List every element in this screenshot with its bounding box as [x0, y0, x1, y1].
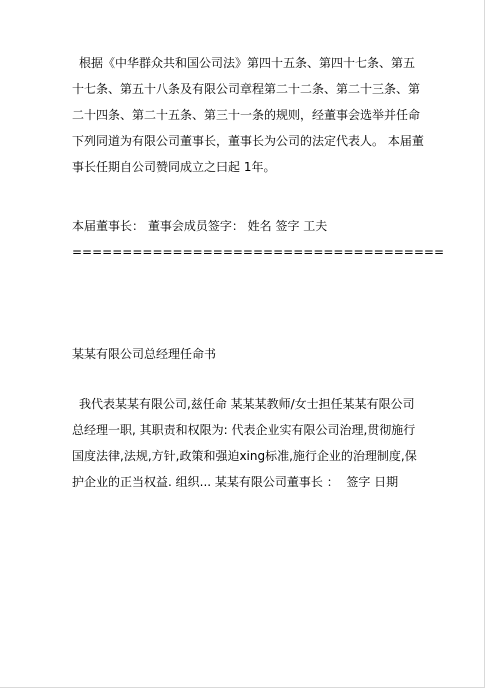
chairman-signature-line: 本届董事长： 董事会成员签字： 姓名 签字 工夫	[72, 213, 424, 239]
general-manager-appointment-paragraph: 我代表某某有限公司,兹任命 某某某教师/女士担任某某有限公司总经理一职, 其职责…	[72, 391, 424, 495]
document-page: 根据《中华群众共和国公司法》第四十五条、第四十七条、第五十七条、第五十八条及有限…	[0, 0, 485, 688]
general-manager-section-title: 某某有限公司总经理任命书	[72, 341, 424, 367]
equals-divider: =====================================	[72, 239, 424, 265]
chairman-appointment-paragraph: 根据《中华群众共和国公司法》第四十五条、第四十七条、第五十七条、第五十八条及有限…	[72, 50, 424, 180]
